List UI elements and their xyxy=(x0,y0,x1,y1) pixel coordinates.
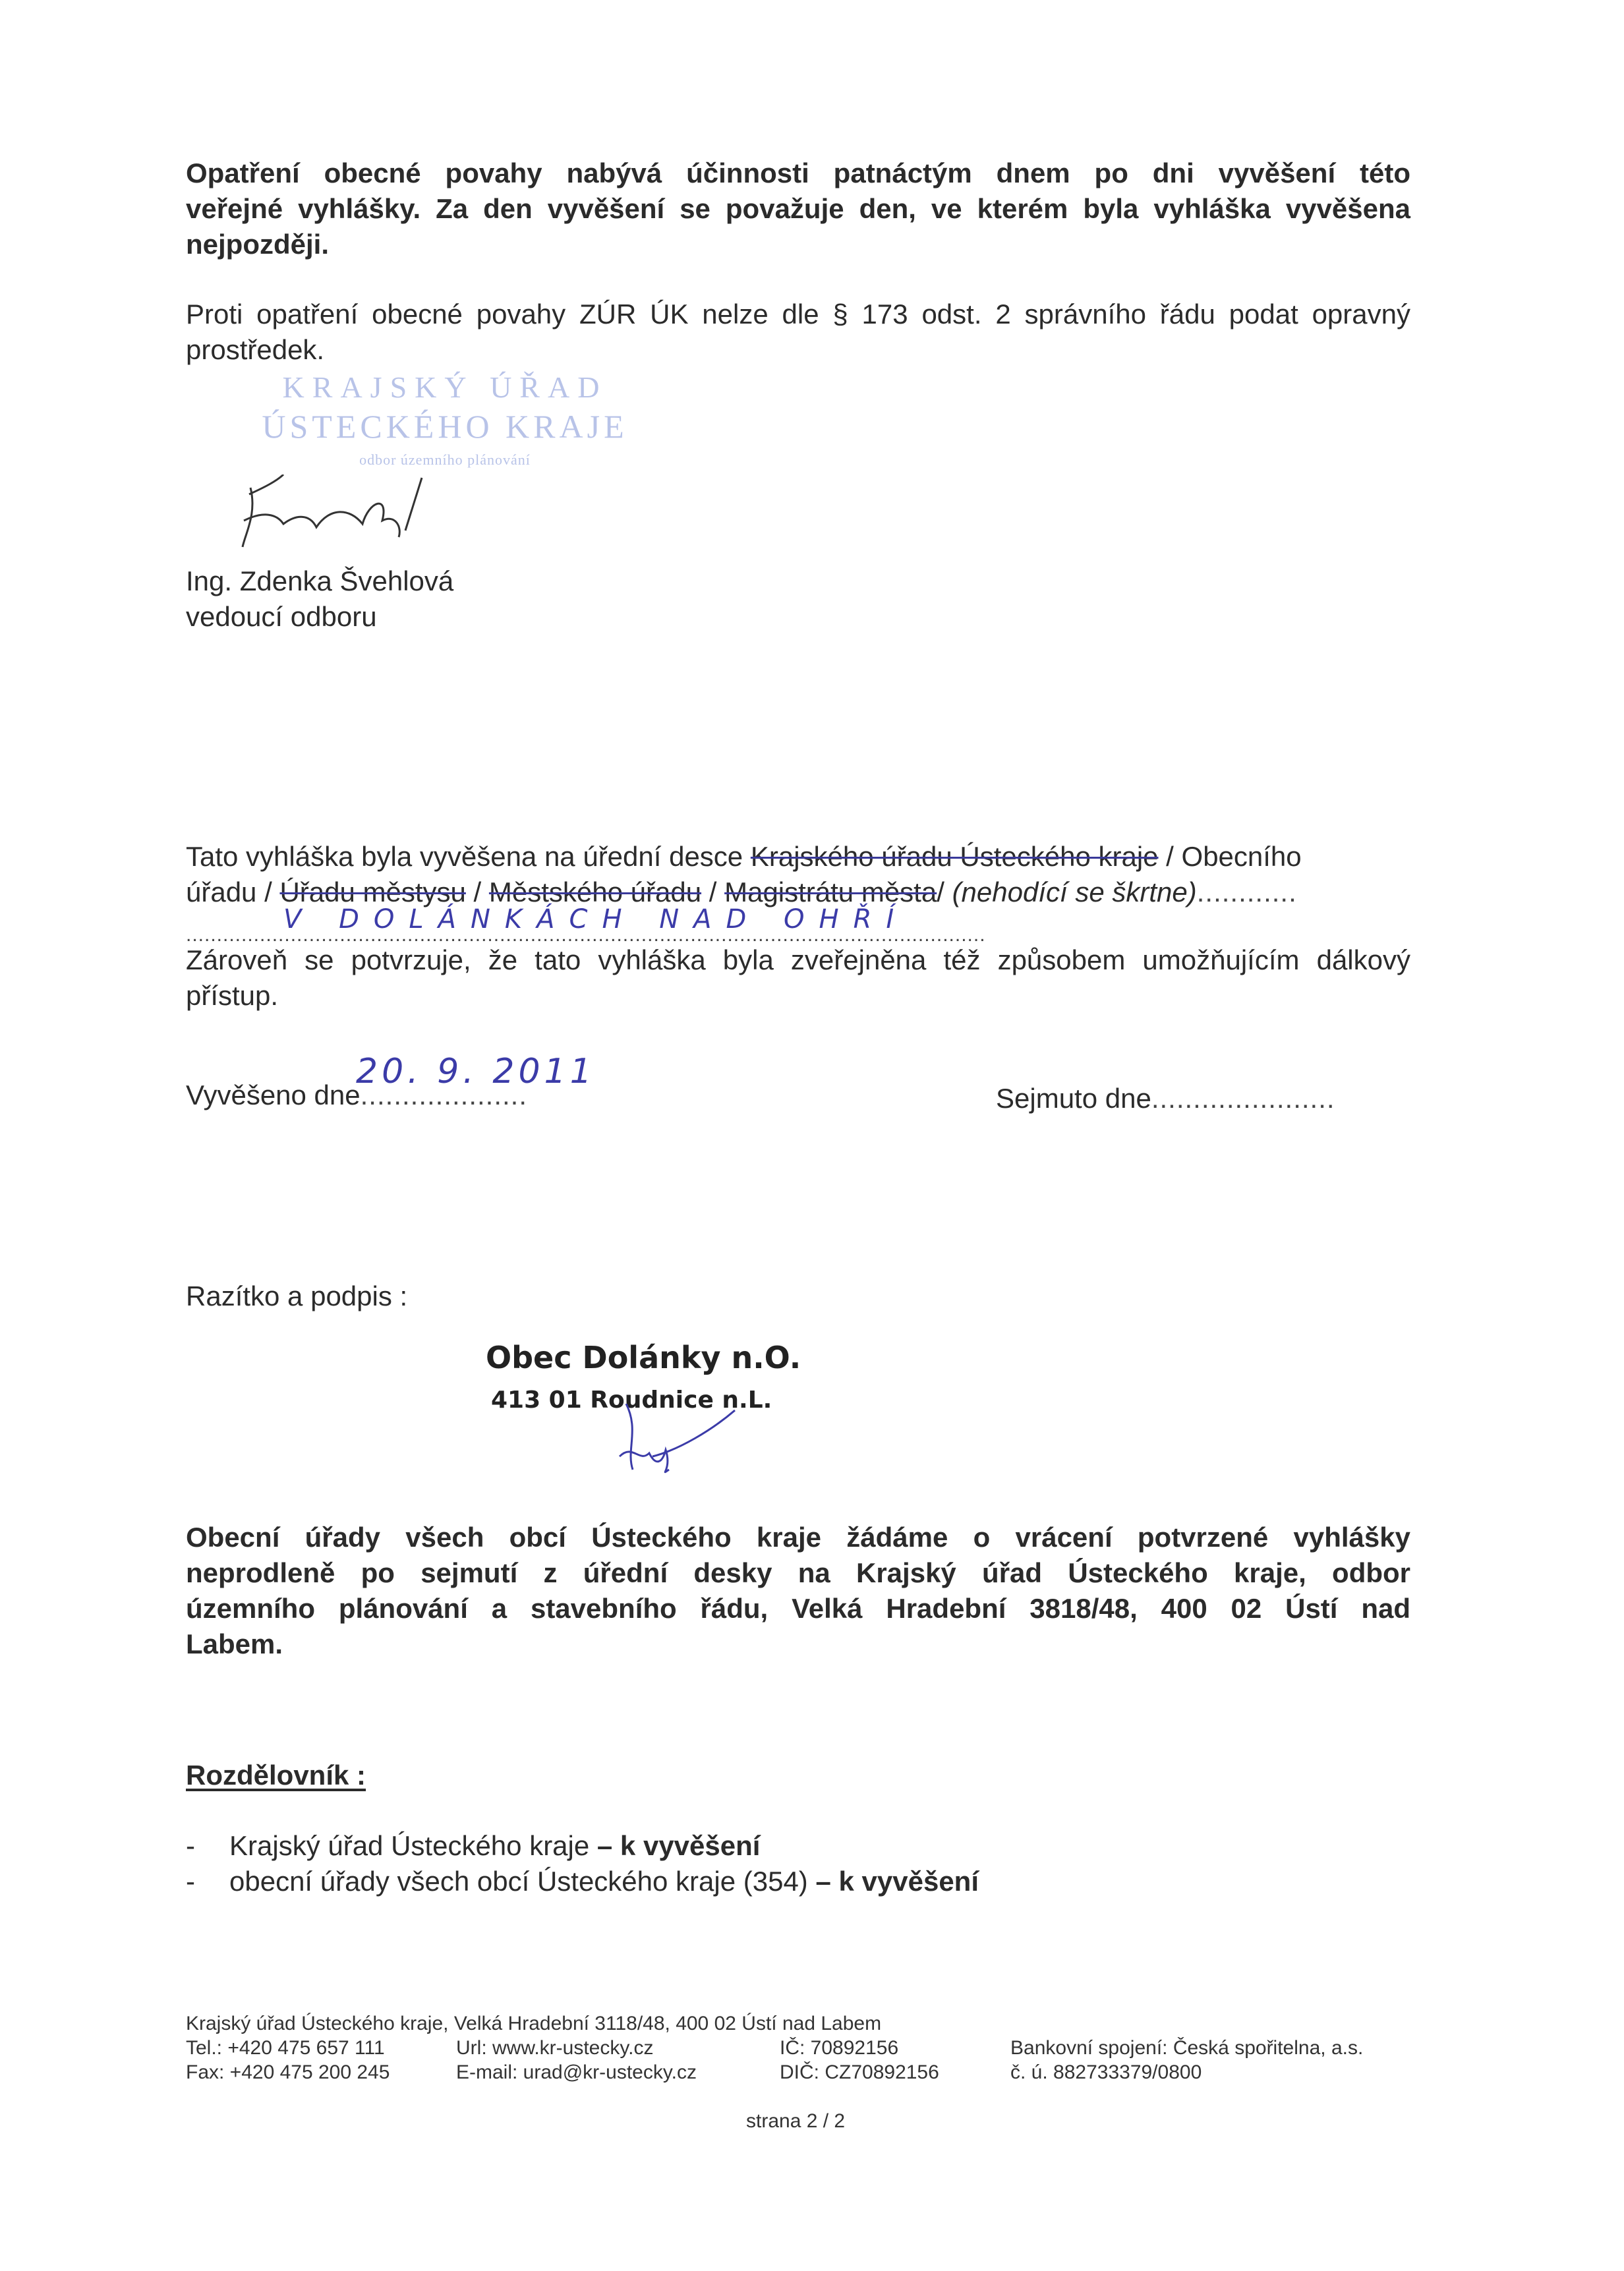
return-line-1: Obecní úřady všech obcí Ústeckého kraje … xyxy=(186,1520,1410,1555)
stamp-signature-label: Razítko a podpis : xyxy=(186,1279,407,1314)
signatory-name: Ing. Zdenka Švehlová xyxy=(186,563,453,599)
removed-dots: ...................... xyxy=(1151,1083,1335,1114)
footer-url: Url: www.kr-ustecky.cz xyxy=(456,2036,653,2060)
footer-ic: IČ: 70892156 xyxy=(780,2036,898,2060)
stamp-line-1: KRAJSKÝ ÚŘAD xyxy=(260,369,629,406)
appeal-paragraph: Proti opatření obecné povahy ZÚR ÚK nelz… xyxy=(186,297,1410,368)
distribution-item: -obecní úřady všech obcí Ústeckého kraje… xyxy=(186,1864,979,1899)
struck-krajsky-urad: Krajského úřadu Ústeckého kraje xyxy=(751,841,1159,872)
struck-uradu-mestysu: Úřadu městysu xyxy=(279,877,465,907)
remote-access-line-2: přístup. xyxy=(186,978,1410,1014)
remote-access-paragraph: Zároveň se potvrzuje, že tato vyhláška b… xyxy=(186,942,1410,1014)
page-number: strana 2 / 2 xyxy=(746,2109,845,2133)
return-request-paragraph: Obecní úřady všech obcí Ústeckého kraje … xyxy=(186,1520,1410,1662)
effect-line-2: veřejné vyhlášky. Za den vyvěšení se pov… xyxy=(186,191,1410,227)
signatory-role: vedoucí odboru xyxy=(186,599,453,635)
removed-date-field: Sejmuto dne...................... xyxy=(996,1081,1335,1116)
effect-line-1: Opatření obecné povahy nabývá účinnosti … xyxy=(186,156,1410,191)
posting-line-1: Tato vyhláška byla vyvěšena na úřední de… xyxy=(186,839,1302,875)
struck-magistratu-mesta: Magistrátu města xyxy=(724,877,937,907)
footer-dic: DIČ: CZ70892156 xyxy=(780,2060,939,2084)
distribution-item: -Krajský úřad Ústeckého kraje – k vyvěše… xyxy=(186,1828,979,1864)
appeal-line-2: prostředek. xyxy=(186,332,1410,368)
return-line-2: neprodleně po sejmutí z úřední desky na … xyxy=(186,1555,1410,1591)
stamp-line-3: odbor územního plánování xyxy=(260,447,629,473)
removed-label: Sejmuto dne xyxy=(996,1083,1151,1114)
list-bullet: - xyxy=(186,1864,229,1899)
footer-email: E-mail: urad@kr-ustecky.cz xyxy=(456,2060,697,2084)
footer-account: č. ú. 882733379/0800 xyxy=(1010,2060,1202,2084)
distribution-heading: Rozdělovník : xyxy=(186,1758,366,1793)
mayor-signature xyxy=(613,1404,745,1476)
distribution-list: -Krajský úřad Ústeckého kraje – k vyvěše… xyxy=(186,1828,979,1899)
posted-date-handwritten: 20. 9. 2011 xyxy=(356,1052,596,1091)
effect-line-3: nejpozději. xyxy=(186,227,1410,262)
official-stamp: KRAJSKÝ ÚŘAD ÚSTECKÉHO KRAJE odbor územn… xyxy=(260,369,629,473)
footer-tel: Tel.: +420 475 657 111 xyxy=(186,2036,385,2060)
posted-label: Vyvěšeno dne xyxy=(186,1079,361,1110)
signature-svehlova xyxy=(237,474,448,554)
return-line-4: Labem. xyxy=(186,1626,1410,1662)
footer-bank: Bankovní spojení: Česká spořitelna, a.s. xyxy=(1010,2036,1363,2060)
list-bullet: - xyxy=(186,1828,229,1864)
return-line-3: územního plánování a stavebního řádu, Ve… xyxy=(186,1591,1410,1626)
stamp-line-2: ÚSTECKÉHO KRAJE xyxy=(260,406,629,447)
signatory: Ing. Zdenka Švehlová vedoucí odboru xyxy=(186,563,453,635)
posting-notice: Tato vyhláška byla vyvěšena na úřední de… xyxy=(186,839,1302,910)
appeal-line-1: Proti opatření obecné povahy ZÚR ÚK nelz… xyxy=(186,297,1410,332)
municipal-stamp-line-1: Obec Dolánky n.O. xyxy=(486,1338,801,1377)
footer-fax: Fax: +420 475 200 245 xyxy=(186,2060,390,2084)
effect-paragraph: Opatření obecné povahy nabývá účinnosti … xyxy=(186,156,1410,262)
footer-address: Krajský úřad Ústeckého kraje, Velká Hrad… xyxy=(186,2011,881,2036)
struck-mestskeho-uradu: Městského úřadu xyxy=(489,877,701,907)
remote-access-line-1: Zároveň se potvrzuje, že tato vyhláška b… xyxy=(186,942,1410,978)
